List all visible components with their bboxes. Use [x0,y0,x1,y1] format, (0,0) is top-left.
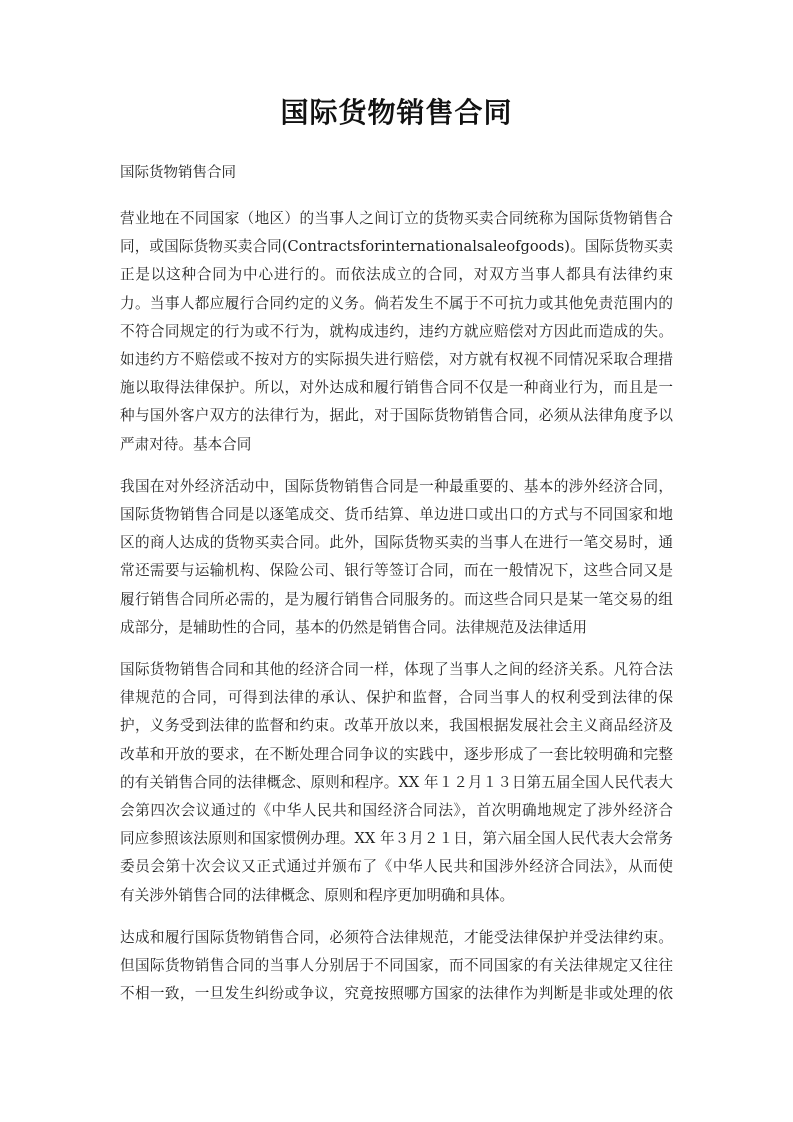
paragraph-definition: 营业地在不同国家（地区）的当事人之间订立的货物买卖合同统称为国际货物销售合 同，… [120,205,673,459]
text-line: 种与国外客户双方的法律行为，据此，对于国际货物销售合同，必须从法律角度予以 [120,402,673,430]
text-line: 营业地在不同国家（地区）的当事人之间订立的货物买卖合同统称为国际货物销售合 [120,205,673,233]
paragraph-law-application: 达成和履行国际货物销售合同，必须符合法律规范，才能受法律保护并受法律约束。 但国… [120,924,673,1009]
text-line: 委员会第十次会议又正式通过并颁布了《中华人民共和国涉外经济合同法》，从而使 [120,853,673,881]
text-line: 严肃对待。基本合同 [120,431,673,459]
text-line: 改革和开放的要求，在不断处理合同争议的实践中，逐步形成了一套比较明确和完整 [120,741,673,769]
text-line: 国际货物销售合同和其他的经济合同一样，体现了当事人之间的经济关系。凡符合法 [120,656,673,684]
text-line: 履行销售合同所必需的，是为履行销售合同服务的。而这些合同只是某一笔交易的组 [120,586,673,614]
document-title: 国际货物销售合同 [0,93,793,133]
text-line: 同应参照该法原则和国家惯例办理。XX 年３月２１日，第六届全国人民代表大会常务 [120,825,673,853]
text-line: 达成和履行国际货物销售合同，必须符合法律规范，才能受法律保护并受法律约束。 [120,924,673,952]
paragraph-legal-norms: 国际货物销售合同和其他的经济合同一样，体现了当事人之间的经济关系。凡符合法 律规… [120,656,673,910]
text-line: 有关涉外销售合同的法律概念、原则和程序更加明确和具体。 [120,882,673,910]
text-line: 成部分，是辅助性的合同，基本的仍然是销售合同。法律规范及法律适用 [120,614,673,642]
text-line: 不符合同规定的行为或不行为，就构成违约，违约方就应赔偿对方因此而造成的失。 [120,318,673,346]
text-line: 我国在对外经济活动中，国际货物销售合同是一种最重要的、基本的涉外经济合同， [120,473,673,501]
text-line: 如违约方不赔偿或不按对方的实际损失进行赔偿，对方就有权视不同情况采取合理措 [120,346,673,374]
paragraph-basic-contract: 我国在对外经济活动中，国际货物销售合同是一种最重要的、基本的涉外经济合同， 国际… [120,473,673,642]
document-page: 国际货物销售合同 国际货物销售合同 营业地在不同国家（地区）的当事人之间订立的货… [0,0,793,1122]
text-line: 施以取得法律保护。所以，对外达成和履行销售合同不仅是一种商业行为，而且是一 [120,374,673,402]
text-line: 但国际货物销售合同的当事人分别居于不同国家，而不同国家的有关法律规定又往往 [120,952,673,980]
text-line: 区的商人达成的货物买卖合同。此外，国际货物买卖的当事人在进行一笔交易时，通 [120,529,673,557]
text-line: 律规范的合同，可得到法律的承认、保护和监督，合同当事人的权利受到法律的保 [120,684,673,712]
text-line: 正是以这种合同为中心进行的。而依法成立的合同，对双方当事人都具有法律约束 [120,261,673,289]
text-line: 同，或国际货物买卖合同(Contractsforinternationalsal… [120,233,673,261]
document-body: 营业地在不同国家（地区）的当事人之间订立的货物买卖合同统称为国际货物销售合 同，… [120,205,673,1022]
text-line: 的有关销售合同的法律概念、原则和程序。XX 年１２月１３日第五届全国人民代表大 [120,769,673,797]
text-line: 会第四次会议通过的《中华人民共和国经济合同法》，首次明确地规定了涉外经济合 [120,797,673,825]
text-line: 力。当事人都应履行合同约定的义务。倘若发生不属于不可抗力或其他免责范围内的 [120,290,673,318]
text-line: 护，义务受到法律的监督和约束。改革开放以来，我国根据发展社会主义商品经济及 [120,712,673,740]
text-line: 不相一致，一旦发生纠纷或争议，究竟按照哪方国家的法律作为判断是非或处理的依 [120,980,673,1008]
text-line: 国际货物销售合同是以逐笔成交、货币结算、单边进口或出口的方式与不同国家和地 [120,501,673,529]
text-line: 常还需要与运输机构、保险公司、银行等签订合同，而在一般情况下，这些合同又是 [120,557,673,585]
document-subtitle: 国际货物销售合同 [120,163,236,183]
